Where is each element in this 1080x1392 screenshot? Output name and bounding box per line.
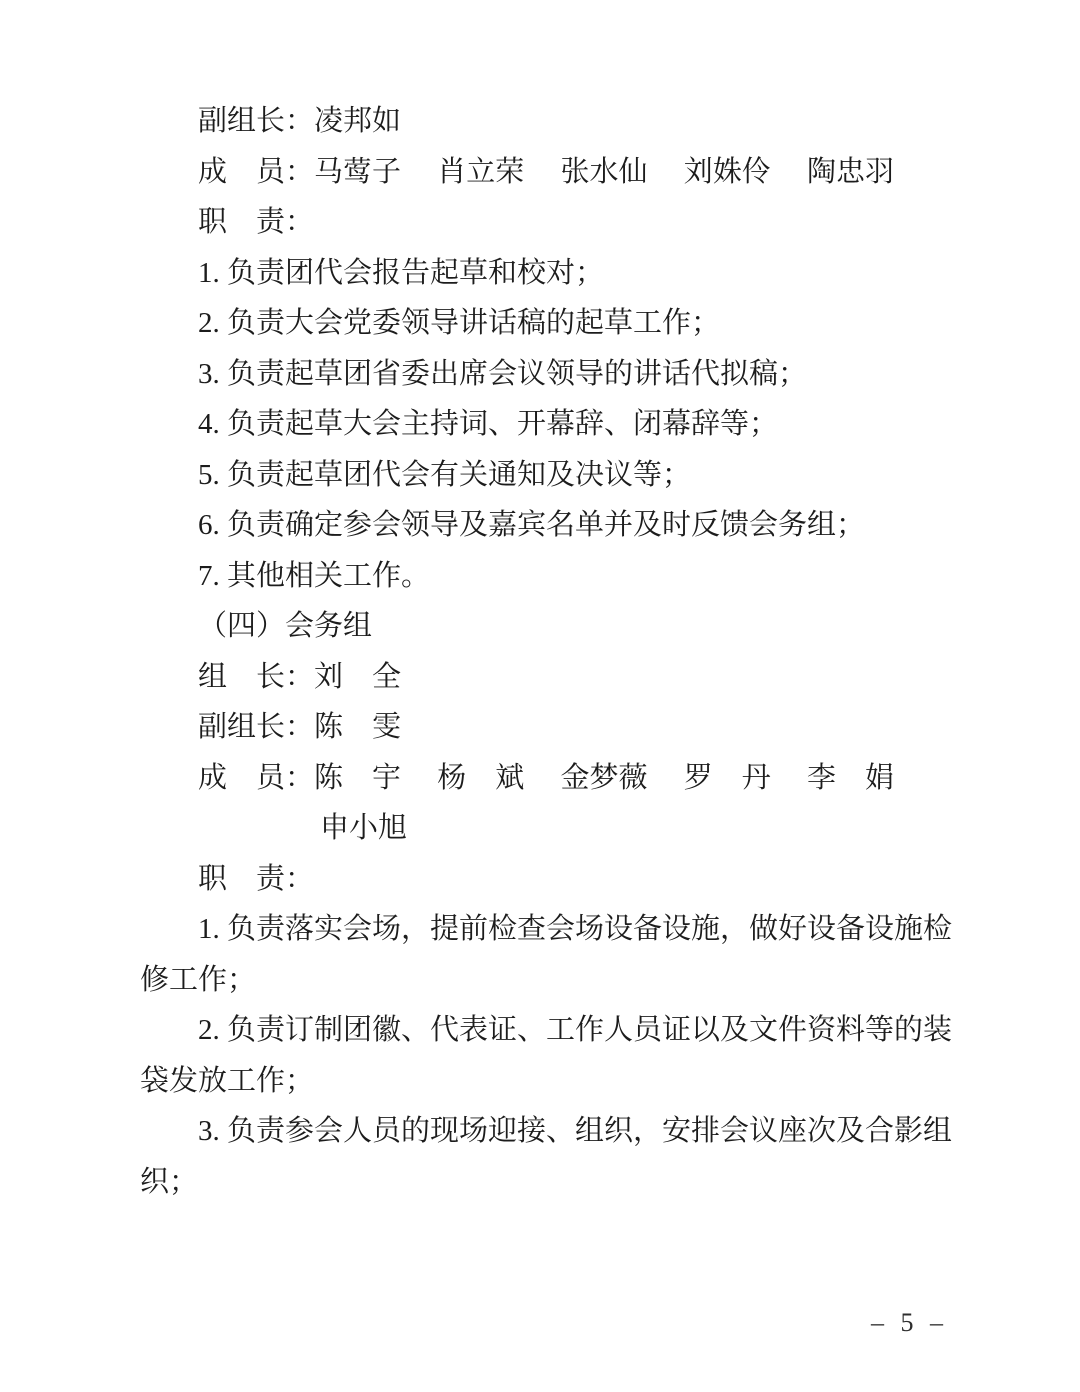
text-line: 成 员：陈 宇 杨 斌 金梦薇 罗 丹 李 娟 [140, 753, 955, 804]
text-line: 2. 负责订制团徽、代表证、工作人员证以及文件资料等的装 [140, 1005, 955, 1056]
text-line: 6. 负责确定参会领导及嘉宾名单并及时反馈会务组； [140, 500, 955, 551]
text-line: 2. 负责大会党委领导讲话稿的起草工作； [140, 298, 955, 349]
text-line: 修工作； [140, 955, 955, 1006]
text-line: 织； [140, 1157, 955, 1208]
text-line: 申小旭 [140, 803, 955, 854]
document-body: 副组长：凌邦如成 员：马莺子 肖立荣 张水仙 刘姝伶 陶忠羽职 责：1. 负责团… [140, 96, 955, 1207]
text-line: 1. 负责落实会场，提前检查会场设备设施，做好设备设施检 [140, 904, 955, 955]
text-line: 3. 负责起草团省委出席会议领导的讲话代拟稿； [140, 349, 955, 400]
document-page: 副组长：凌邦如成 员：马莺子 肖立荣 张水仙 刘姝伶 陶忠羽职 责：1. 负责团… [0, 0, 1080, 1392]
text-line: 4. 负责起草大会主持词、开幕辞、闭幕辞等； [140, 399, 955, 450]
text-line: 副组长：陈 雯 [140, 702, 955, 753]
text-line: 袋发放工作； [140, 1056, 955, 1107]
text-line: 3. 负责参会人员的现场迎接、组织，安排会议座次及合影组 [140, 1106, 955, 1157]
text-line: 职 责： [140, 197, 955, 248]
text-line: 成 员：马莺子 肖立荣 张水仙 刘姝伶 陶忠羽 [140, 147, 955, 198]
text-line: 副组长：凌邦如 [140, 96, 955, 147]
text-line: （四）会务组 [140, 601, 955, 652]
text-line: 7. 其他相关工作。 [140, 551, 955, 602]
text-line: 1. 负责团代会报告起草和校对； [140, 248, 955, 299]
text-line: 5. 负责起草团代会有关通知及决议等； [140, 450, 955, 501]
text-line: 组 长：刘 全 [140, 652, 955, 703]
page-number: – 5 – [871, 1308, 948, 1338]
text-line: 职 责： [140, 854, 955, 905]
